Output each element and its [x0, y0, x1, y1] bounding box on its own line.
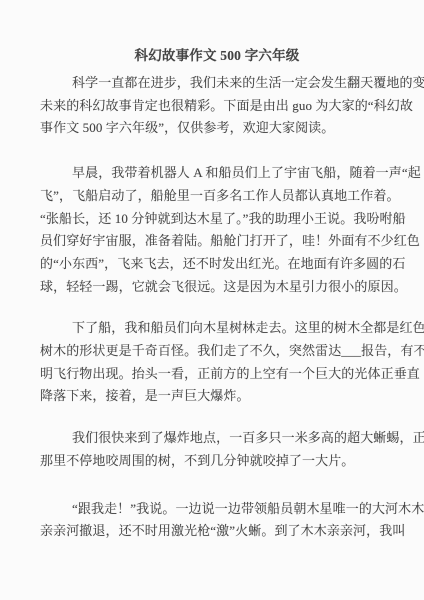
text-line: 飞”，飞船启动了，船舱里一百多名工作人员都认真地工作着。	[40, 185, 394, 208]
text-line: 科学一直都在进步，我们未来的生活一定会发生翻天覆地的变化，	[40, 72, 394, 95]
paragraph: 我们很快来到了爆炸地点，一百多只一米多高的超大蜥蜴，正在那里不停地咬周围的树，不…	[40, 427, 394, 472]
document-title: 科幻故事作文 500 字六年级	[40, 45, 394, 67]
text-line: 未来的科幻故事肯定也很精彩。下面是由出 guo 为大家的“科幻故	[40, 95, 394, 118]
text-line: 员们穿好宇宙服，准备着陆。船舱门打开了，哇！外面有不少红色	[40, 230, 394, 253]
text-line: 下了船，我和船员们向木星树林走去。这里的树木全都是红色的，	[40, 317, 394, 340]
text-line: 树木的形状更是千奇百怪。我们走了不久，突然雷达___报告，有不	[40, 340, 394, 363]
paragraph-container: 科学一直都在进步，我们未来的生活一定会发生翻天覆地的变化，未来的科幻故事肯定也很…	[40, 72, 394, 543]
text-line: 的“小东西”，飞来飞去，还不时发出红光。在地面有许多圆的石	[40, 253, 394, 276]
text-line: 明飞行物出现。抬头一看，正前方的上空有一个巨大的光体正垂直	[40, 363, 394, 386]
text-line: 降落下来，接着，是一声巨大爆炸。	[40, 385, 394, 408]
text-line: 事作文 500 字六年级”，仅供参考，欢迎大家阅读。	[40, 117, 394, 140]
paragraph: “跟我走！”我说。一边说一边带领船员朝木星唯一的大河木木亲亲河撤退，还不时用激光…	[40, 498, 394, 543]
paragraph: 下了船，我和船员们向木星树林走去。这里的树木全都是红色的，树木的形状更是千奇百怪…	[40, 317, 394, 408]
document-page: 科幻故事作文 500 字六年级 科学一直都在进步，我们未来的生活一定会发生翻天覆…	[0, 0, 424, 600]
text-line: 我们很快来到了爆炸地点，一百多只一米多高的超大蜥蜴，正在	[40, 427, 394, 450]
text-line: 球，轻轻一踢，它就会飞很远。这是因为木星引力很小的原因。	[40, 276, 394, 299]
text-line: “张船长，还 10 分钟就到达木星了。”我的助理小王说。我吩咐船	[40, 208, 394, 231]
paragraph: 早晨，我带着机器人 A 和船员们上了宇宙飞船，随着一声“起飞”，飞船启动了，船舱…	[40, 162, 394, 298]
paragraph: 科学一直都在进步，我们未来的生活一定会发生翻天覆地的变化，未来的科幻故事肯定也很…	[40, 72, 394, 140]
text-line: “跟我走！”我说。一边说一边带领船员朝木星唯一的大河木木	[40, 498, 394, 521]
text-line: 早晨，我带着机器人 A 和船员们上了宇宙飞船，随着一声“起	[40, 162, 394, 185]
document-body: 科幻故事作文 500 字六年级 科学一直都在进步，我们未来的生活一定会发生翻天覆…	[0, 0, 424, 543]
text-line: 亲亲河撤退，还不时用激光枪“激”火蜥。到了木木亲亲河，我叫	[40, 520, 394, 543]
text-line: 那里不停地咬周围的树，不到几分钟就咬掉了一大片。	[40, 450, 394, 473]
